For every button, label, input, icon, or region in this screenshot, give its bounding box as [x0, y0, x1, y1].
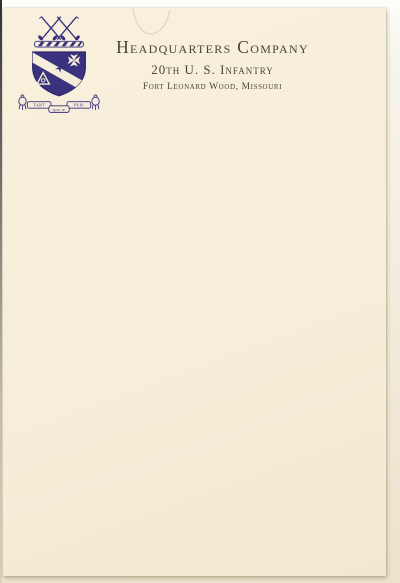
- motto-text-left: TANT: [34, 103, 45, 108]
- letterhead-heading: Headquarters Company 20th U. S. Infantry…: [40, 37, 385, 94]
- company-name: Headquarters Company: [40, 37, 385, 59]
- location-line: Fort Leonard Wood, Missouri: [40, 82, 385, 94]
- letterhead-paper: TANT QUE JE PUIS Headquarters Company 20…: [3, 8, 386, 576]
- tassel-right-icon: [92, 95, 99, 110]
- motto-text-right: PUIS: [74, 103, 83, 108]
- scan-edge-shadow: [0, 0, 2, 583]
- motto-scroll: TANT QUE JE PUIS: [19, 95, 99, 112]
- motto-text-center: QUE JE: [53, 108, 66, 112]
- regiment-name: 20th U. S. Infantry: [40, 62, 385, 78]
- tassel-left-icon: [19, 95, 26, 110]
